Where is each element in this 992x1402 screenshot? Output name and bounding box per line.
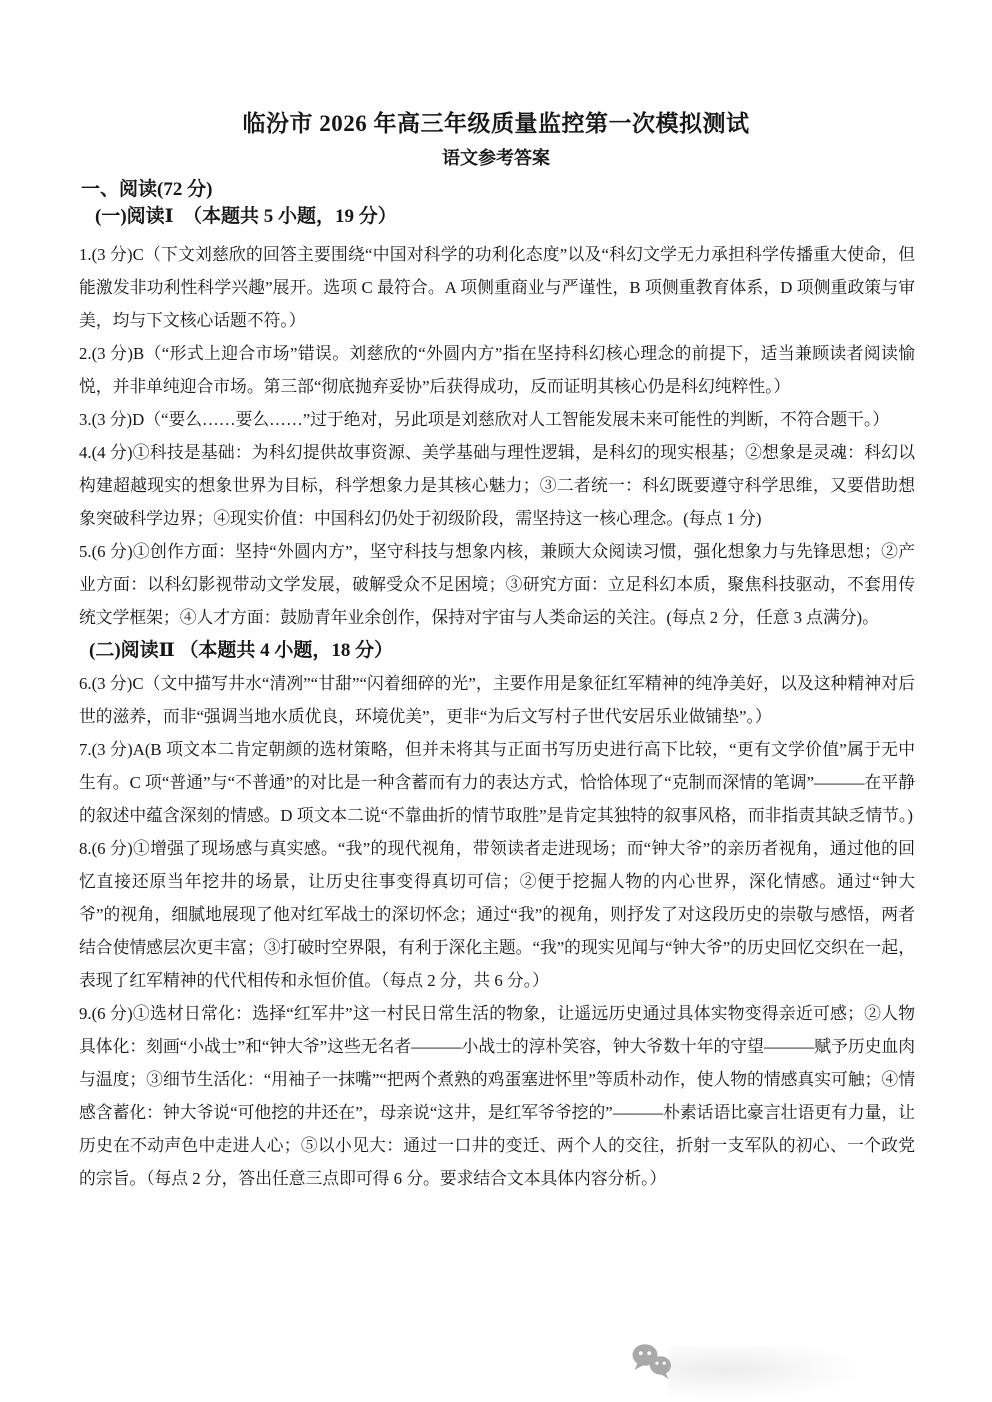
answer-q4: 4.(4 分)①科技是基础：为科幻提供故事资源、美学基础与理性逻辑，是科幻的现实… <box>79 436 915 535</box>
answer-q1: 1.(3 分)C（下文刘慈欣的回答主要围绕“中国对科学的功利化态度”以及“科幻文… <box>79 238 915 337</box>
wechat-icon-svg <box>630 1343 674 1381</box>
answer-q9: 9.(6 分)①选材日常化：选择“红军井”这一村民日常生活的物象，让遥远历史通过… <box>79 997 915 1195</box>
answer-q5: 5.(6 分)①创作方面：坚持“外圆内方”，坚守科技与想象内核，兼顾大众阅读习惯… <box>79 535 915 634</box>
section-heading-reading-2: (二)阅读Ⅱ （本题共 4 小题，18 分） <box>89 634 915 667</box>
page-title: 临汾市 2026 年高三年级质量监控第一次模拟测试 <box>0 0 992 139</box>
answer-q8: 8.(6 分)①增强了现场感与真实感。“我”的现代视角，带领读者走进现场；而“钟… <box>79 832 915 997</box>
watermark-smudge <box>668 1346 858 1398</box>
answer-q7: 7.(3 分)A(B 项文本二肯定朝颜的选材策略，但并未将其与正面书写历史进行高… <box>79 733 915 832</box>
page-subtitle: 语文参考答案 <box>0 147 992 169</box>
answer-q6: 6.(3 分)C（文中描写井水“清冽”“甘甜”“闪着细碎的光”，主要作用是象征红… <box>79 667 915 733</box>
part-heading-reading: 一、阅读(72 分) <box>81 177 915 202</box>
answer-sheet-page: 临汾市 2026 年高三年级质量监控第一次模拟测试 语文参考答案 一、阅读(72… <box>0 0 992 1402</box>
section-heading-reading-1: (一)阅读Ⅰ （本题共 5 小题，19 分） <box>95 204 915 230</box>
document-body: 一、阅读(72 分) (一)阅读Ⅰ （本题共 5 小题，19 分） 1.(3 分… <box>0 177 992 1195</box>
answer-q2: 2.(3 分)B（“形式上迎合市场”错误。刘慈欣的“外圆内方”指在坚持科幻核心理… <box>79 337 915 403</box>
wechat-icon <box>630 1343 674 1381</box>
answer-q3: 3.(3 分)D（“要么……要么……”过于绝对，另此项是刘慈欣对人工智能发展未来… <box>79 403 915 436</box>
